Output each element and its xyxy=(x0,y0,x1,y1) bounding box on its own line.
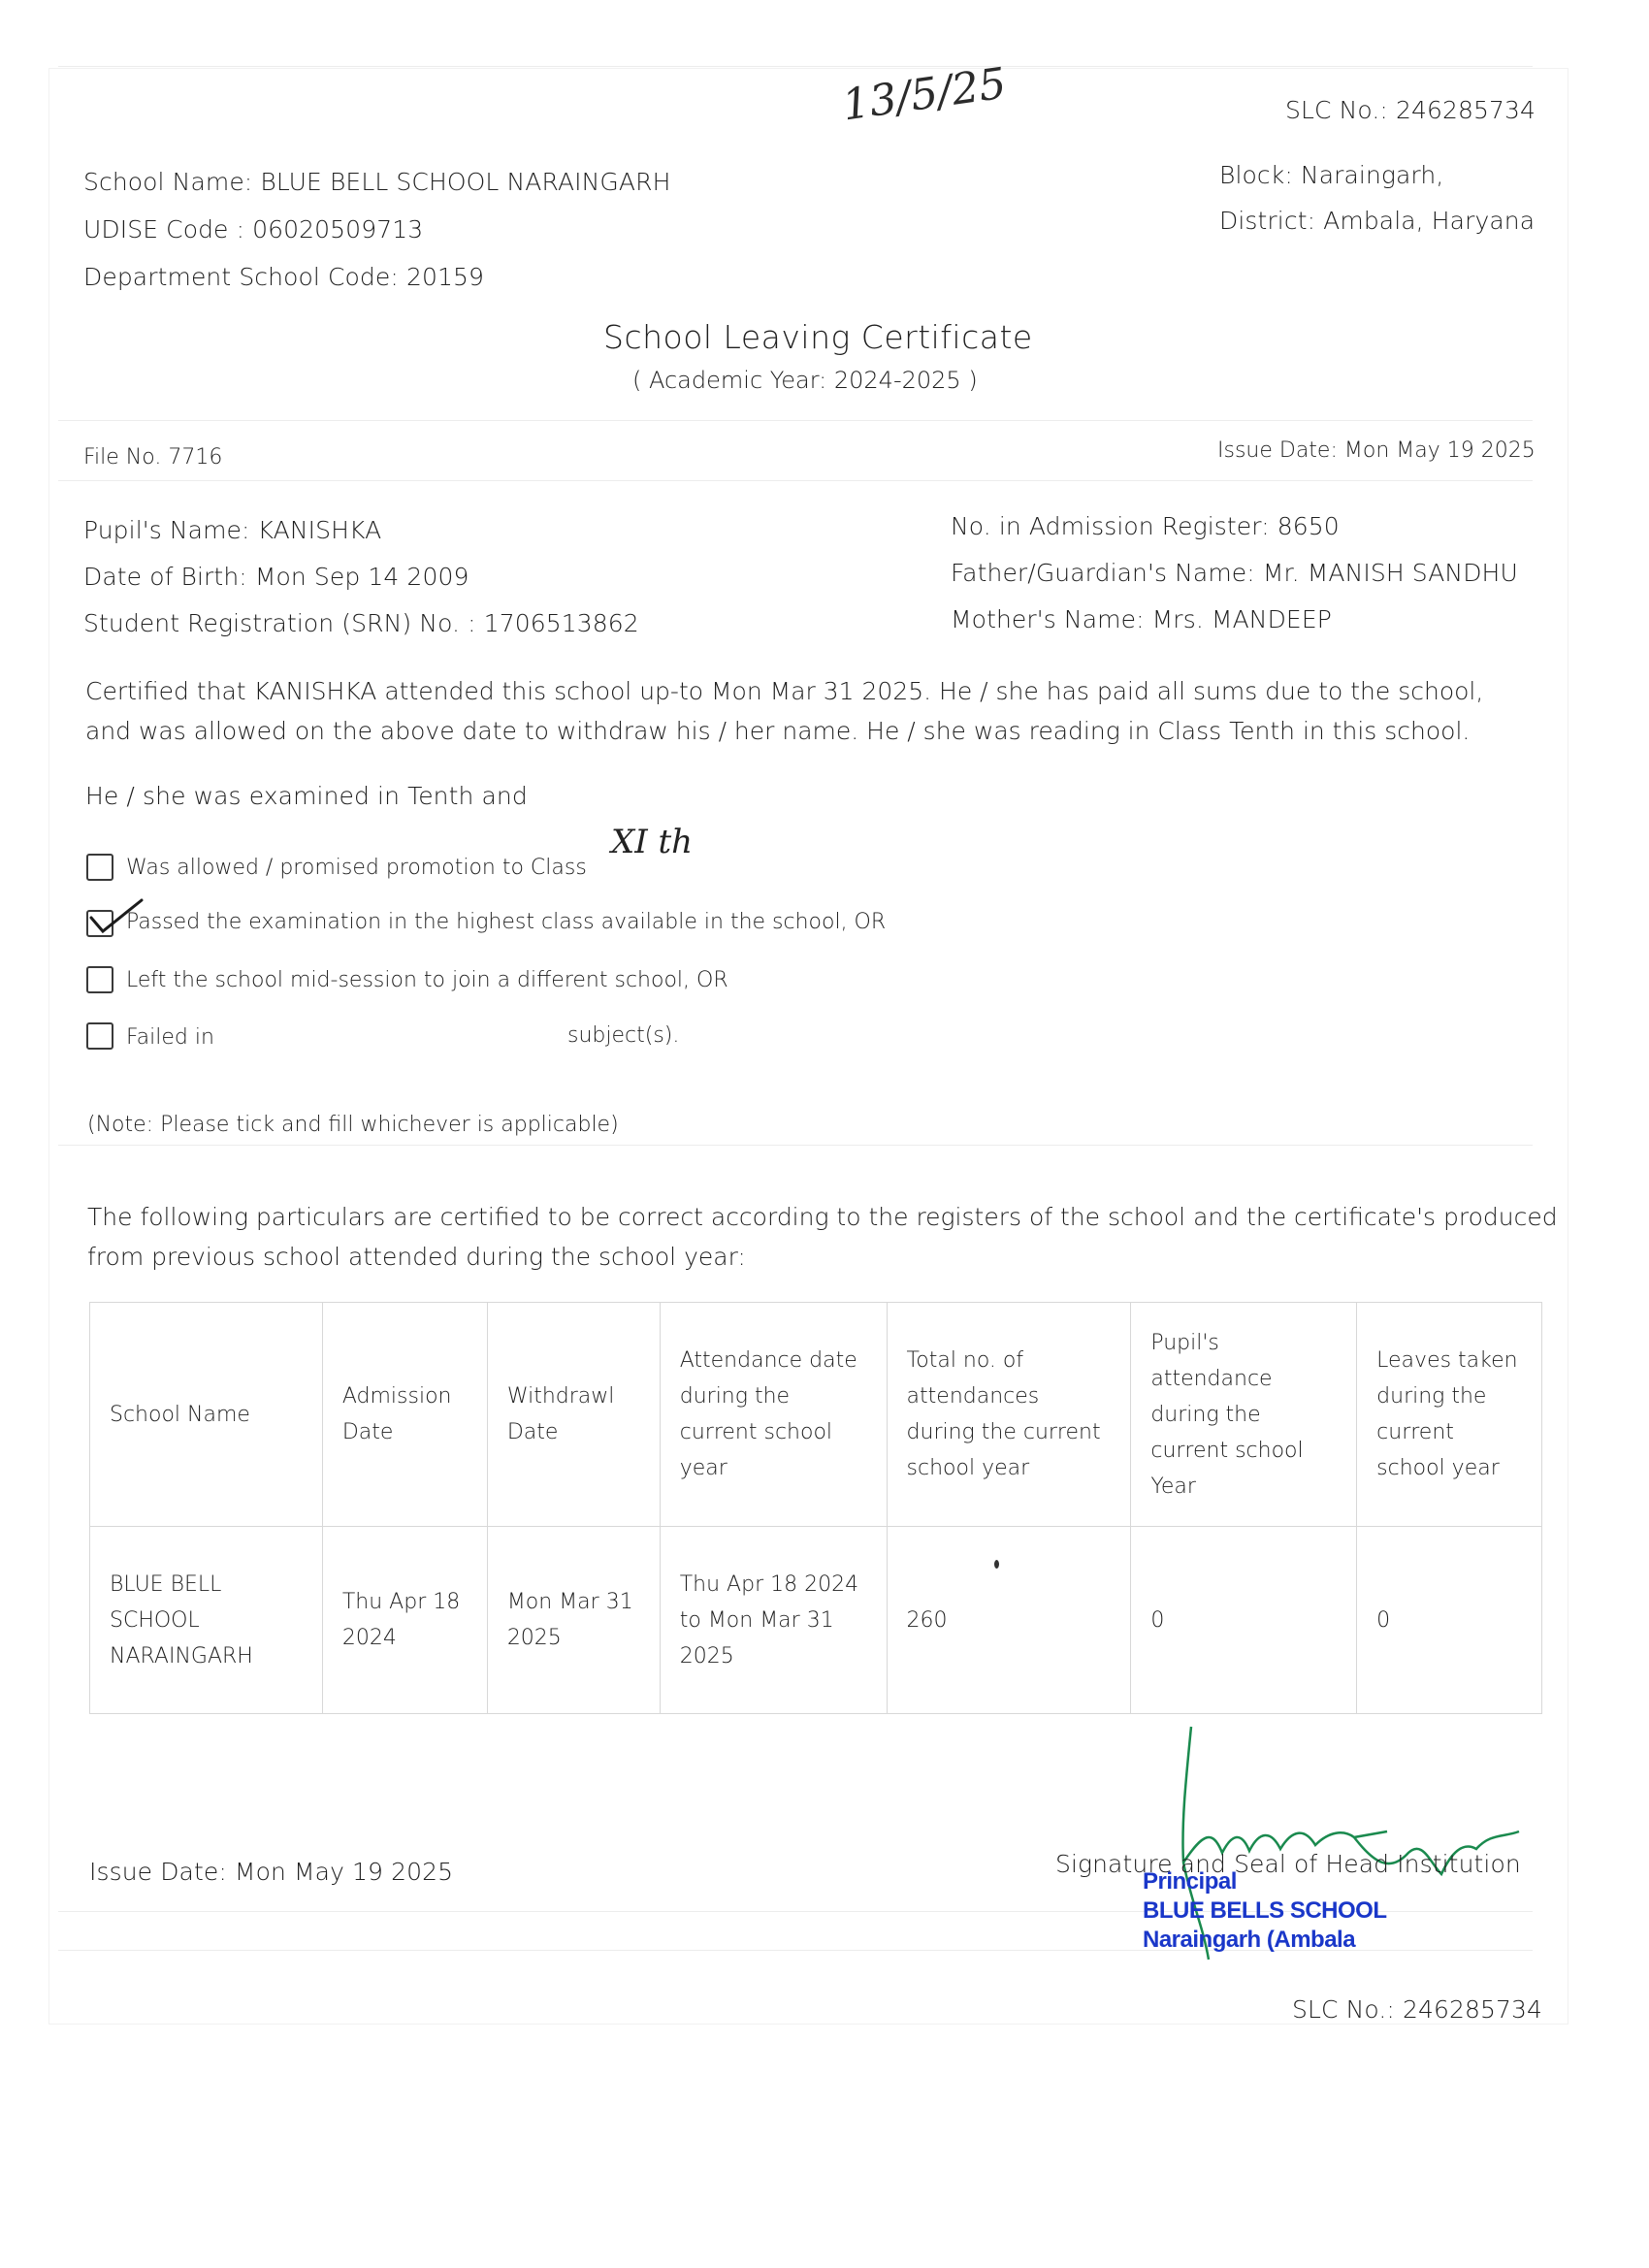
district: District: Ambala, Haryana xyxy=(1219,207,1535,235)
slc-number-footer: SLC No.: 246285734 xyxy=(1292,1995,1542,2024)
handwritten-class: XI th xyxy=(611,823,693,861)
divider xyxy=(58,480,1533,481)
statement-line-2: and was allowed on the above date to wit… xyxy=(85,711,1599,751)
divider xyxy=(58,66,1533,67)
pupil-name: Pupil's Name: KANISHKA xyxy=(83,516,381,544)
left-mid-session-checkbox[interactable] xyxy=(86,966,113,993)
promotion-option-label: Was allowed / promised promotion to Clas… xyxy=(126,856,587,880)
particulars-table: School Name Admission Date Withdrawl Dat… xyxy=(89,1302,1542,1714)
issue-date-footer: Issue Date: Mon May 19 2025 xyxy=(89,1858,453,1886)
cell-admission-date: Thu Apr 18 2024 xyxy=(322,1527,487,1714)
particulars-intro: The following particulars are certified … xyxy=(87,1197,1600,1277)
column-header: Leaves taken during the current school y… xyxy=(1357,1303,1542,1527)
cell-pupil-attendance: 0 xyxy=(1131,1527,1357,1714)
particulars-intro-line-1: The following particulars are certified … xyxy=(87,1197,1600,1237)
mother-name: Mother's Name: Mrs. MANDEEP xyxy=(951,605,1332,633)
issue-date-top: Issue Date: Mon May 19 2025 xyxy=(1217,438,1536,463)
column-header: Admission Date xyxy=(322,1303,487,1527)
school-name: School Name: BLUE BELL SCHOOL NARAINGARH xyxy=(83,168,670,196)
failed-label: Failed in xyxy=(126,1025,214,1050)
divider xyxy=(58,1145,1533,1146)
column-header: Total no. of attendances during the curr… xyxy=(887,1303,1131,1527)
srn-number: Student Registration (SRN) No. : 1706513… xyxy=(83,609,639,637)
column-header: School Name xyxy=(90,1303,323,1527)
department-school-code: Department School Code: 20159 xyxy=(83,263,484,291)
examined-statement: He / she was examined in Tenth and xyxy=(85,782,528,810)
stamp-location: Naraingarh (Ambala xyxy=(1143,1926,1387,1955)
particulars-intro-line-2: from previous school attended during the… xyxy=(87,1237,1600,1277)
block: Block: Naraingarh, xyxy=(1219,161,1443,189)
table-row: BLUE BELL SCHOOL NARAINGARH Thu Apr 18 2… xyxy=(90,1527,1542,1714)
certification-statement: Certified that KANISHKA attended this sc… xyxy=(85,671,1599,751)
cell-attendance-dates: Thu Apr 18 2024 to Mon Mar 31 2025 xyxy=(660,1527,887,1714)
column-header: Withdrawl Date xyxy=(487,1303,660,1527)
date-of-birth: Date of Birth: Mon Sep 14 2009 xyxy=(83,563,469,591)
admission-register-number: No. in Admission Register: 8650 xyxy=(951,512,1340,540)
note: (Note: Please tick and fill whichever is… xyxy=(87,1113,619,1137)
stamp-school: BLUE BELLS SCHOOL xyxy=(1143,1896,1387,1926)
failed-subjects-suffix: subject(s). xyxy=(567,1023,679,1048)
left-mid-session-label: Left the school mid-session to join a di… xyxy=(126,968,728,992)
column-header: Pupil's attendance during the current sc… xyxy=(1131,1303,1357,1527)
udise-code: UDISE Code : 06020509713 xyxy=(83,215,423,243)
cell-withdrawal-date: Mon Mar 31 2025 xyxy=(487,1527,660,1714)
table-header-row: School Name Admission Date Withdrawl Dat… xyxy=(90,1303,1542,1527)
column-header: Attendance date during the current schoo… xyxy=(660,1303,887,1527)
cell-leaves-taken: 0 xyxy=(1357,1527,1542,1714)
cell-total-attendances: 260 xyxy=(887,1527,1131,1714)
academic-year: ( Academic Year: 2024-2025 ) xyxy=(632,367,978,394)
seal-stamp: Principal BLUE BELLS SCHOOL Naraingarh (… xyxy=(1143,1867,1387,1955)
file-number: File No. 7716 xyxy=(83,445,222,470)
cell-school-name: BLUE BELL SCHOOL NARAINGARH xyxy=(90,1527,323,1714)
failed-checkbox[interactable] xyxy=(86,1022,113,1050)
certificate-title: School Leaving Certificate xyxy=(603,318,1033,356)
passed-highest-class-label: Passed the examination in the highest cl… xyxy=(126,910,886,934)
ink-dot xyxy=(994,1560,999,1569)
divider xyxy=(58,420,1533,421)
statement-line-1: Certified that KANISHKA attended this sc… xyxy=(85,671,1599,711)
slc-number: SLC No.: 246285734 xyxy=(1285,96,1536,124)
father-name: Father/Guardian's Name: Mr. MANISH SANDH… xyxy=(951,559,1518,587)
stamp-title: Principal xyxy=(1143,1867,1387,1896)
promotion-checkbox[interactable] xyxy=(86,854,113,881)
